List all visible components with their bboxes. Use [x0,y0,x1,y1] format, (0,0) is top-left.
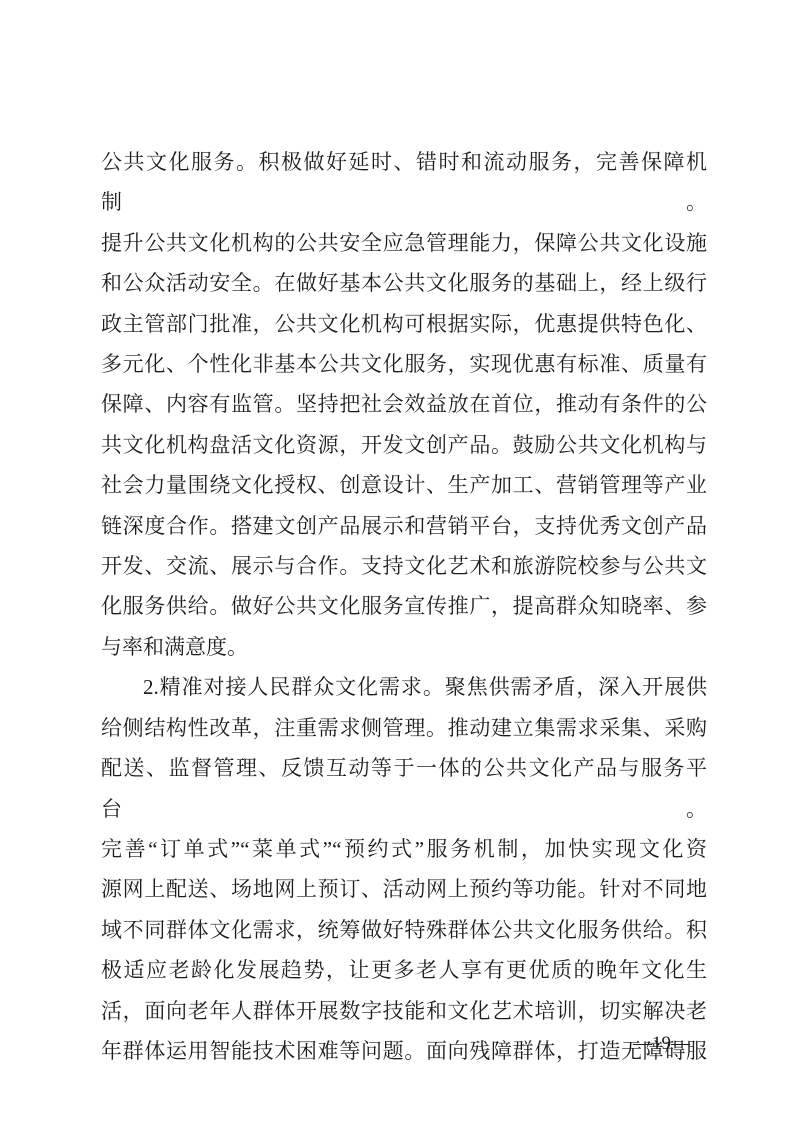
text-line: 链深度合作。搭建文创产品展示和营销平台，支持优秀文创产品 [101,506,707,546]
text-line: 2.精准对接人民群众文化需求。聚焦供需矛盾，深入开展供 [101,667,707,707]
text-line: 源网上配送、场地网上预订、活动网上预约等功能。针对不同地 [101,869,707,909]
text-line: 化服务供给。做好公共文化服务宣传推广，提高群众知晓率、参 [101,586,707,626]
text-line: 共文化机构盘活文化资源，开发文创产品。鼓励公共文化机构与 [101,425,707,465]
document-page: 公共文化服务。积极做好延时、错时和流动服务，完善保障机制。提升公共文化机构的公共… [0,0,793,1122]
page-number: —19— [633,1033,690,1055]
text-line: 开发、交流、展示与合作。支持文化艺术和旅游院校参与公共文 [101,546,707,586]
text-line: 政主管部门批准，公共文化机构可根据实际，优惠提供特色化、 [101,304,707,344]
text-line: 年群体运用智能技术困难等问题。面向残障群体，打造无障碍服 [101,1031,707,1071]
document-body: 公共文化服务。积极做好延时、错时和流动服务，完善保障机制。提升公共文化机构的公共… [101,142,707,1071]
text-line: 和公众活动安全。在做好基本公共文化服务的基础上，经上级行 [101,263,707,303]
text-line: 公共文化服务。积极做好延时、错时和流动服务，完善保障机制。 [101,142,707,223]
text-line: 完善“订单式”“菜单式”“预约式”服务机制，加快实现文化资 [101,829,707,869]
text-line: 极适应老龄化发展趋势，让更多老人享有更优质的晚年文化生 [101,950,707,990]
text-line: 活，面向老年人群体开展数字技能和文化艺术培训，切实解决老 [101,991,707,1031]
text-line: 域不同群体文化需求，统筹做好特殊群体公共文化服务供给。积 [101,910,707,950]
text-line: 配送、监督管理、反馈互动等于一体的公共文化产品与服务平台。 [101,748,707,829]
text-line: 提升公共文化机构的公共安全应急管理能力，保障公共文化设施 [101,223,707,263]
text-line: 社会力量围绕文化授权、创意设计、生产加工、营销管理等产业 [101,465,707,505]
text-line: 与率和满意度。 [101,627,707,667]
text-line: 给侧结构性改革，注重需求侧管理。推动建立集需求采集、采购 [101,708,707,748]
text-line: 多元化、个性化非基本公共文化服务，实现优惠有标准、质量有 [101,344,707,384]
text-line: 保障、内容有监管。坚持把社会效益放在首位，推动有条件的公 [101,384,707,424]
